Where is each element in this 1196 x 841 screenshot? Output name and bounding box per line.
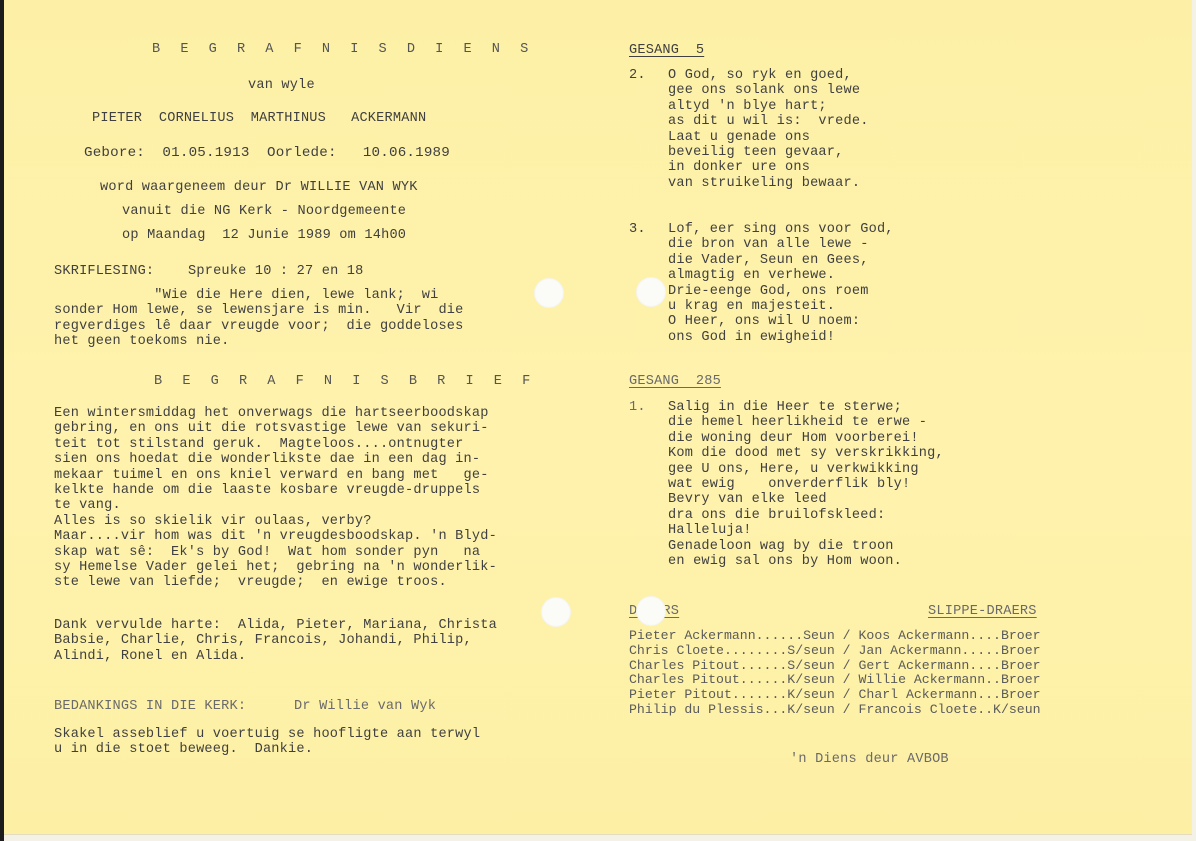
- punch-hole: [541, 597, 571, 627]
- bearer-row: Pieter Ackermann......Seun / Koos Ackerm…: [629, 629, 1041, 644]
- bearer-row: Pieter Pitout.......K/seun / Charl Acker…: [629, 688, 1041, 703]
- scripture-text: "Wie die Here dien, lewe lank; wi sonder…: [54, 288, 464, 350]
- punch-hole: [534, 278, 564, 308]
- venue-line: vanuit die NG Kerk - Noordgemeente: [122, 204, 406, 219]
- thanks-paragraph: Dank vervulde harte: Alida, Pieter, Mari…: [54, 618, 497, 664]
- punch-hole: [636, 596, 666, 626]
- letter-title: B E G R A F N I S B R I E F: [154, 374, 536, 389]
- bearers-list: Pieter Ackermann......Seun / Koos Ackerm…: [629, 629, 1041, 718]
- hymn-5-verse-2-number: 2.: [629, 68, 646, 83]
- hymn-285-title: GESANG 285: [629, 374, 721, 389]
- bearer-row: Charles Pitout......K/seun / Willie Acke…: [629, 673, 1041, 688]
- church-thanks-label: BEDANKINGS IN DIE KERK:: [54, 699, 246, 714]
- church-thanks-name: Dr Willie van Wyk: [294, 699, 436, 714]
- punch-hole: [636, 277, 666, 307]
- officiant-line: word waargeneem deur Dr WILLIE VAN WYK: [100, 180, 418, 195]
- hymn-5-verse-3: Lof, eer sing ons voor God, die bron van…: [668, 222, 894, 345]
- bearer-row: Charles Pitout......S/seun / Gert Ackerm…: [629, 659, 1041, 674]
- pall-bearers-title: SLIPPE-DRAERS: [928, 604, 1037, 619]
- bearer-row: Chris Cloete........S/seun / Jan Ackerma…: [629, 644, 1041, 659]
- hymn-285-verse-1: Salig in die Heer te sterwe; die hemel h…: [668, 400, 944, 569]
- service-title: B E G R A F N I S D I E N S: [152, 42, 534, 57]
- deceased-name: PIETER CORNELIUS MARTHINUS ACKERMANN: [92, 111, 426, 126]
- hymn-5-verse-2: O God, so ryk en goed, gee ons solank on…: [668, 68, 869, 191]
- scripture-label: SKRIFLESING:: [54, 264, 154, 279]
- funeral-program-sheet: B E G R A F N I S D I E N S van wyle PIE…: [4, 0, 1192, 834]
- hymn-285-verse-1-number: 1.: [629, 400, 646, 415]
- hymn-5-verse-3-number: 3.: [629, 222, 646, 237]
- service-datetime: op Maandag 12 Junie 1989 om 14h00: [122, 228, 406, 243]
- service-subtitle: van wyle: [248, 78, 315, 93]
- birth-death-dates: Gebore: 01.05.1913 Oorlede: 10.06.1989: [84, 146, 450, 161]
- scripture-reference: Spreuke 10 : 27 en 18: [188, 264, 364, 279]
- service-provider: 'n Diens deur AVBOB: [790, 752, 949, 767]
- hymn-5-title: GESANG 5: [629, 43, 704, 58]
- bearer-row: Philip du Plessis...K/seun / Francois Cl…: [629, 703, 1041, 718]
- letter-paragraph: Een wintersmiddag het onverwags die hart…: [54, 406, 497, 591]
- headlights-notice: Skakel asseblief u voertuig se hoofligte…: [54, 727, 480, 758]
